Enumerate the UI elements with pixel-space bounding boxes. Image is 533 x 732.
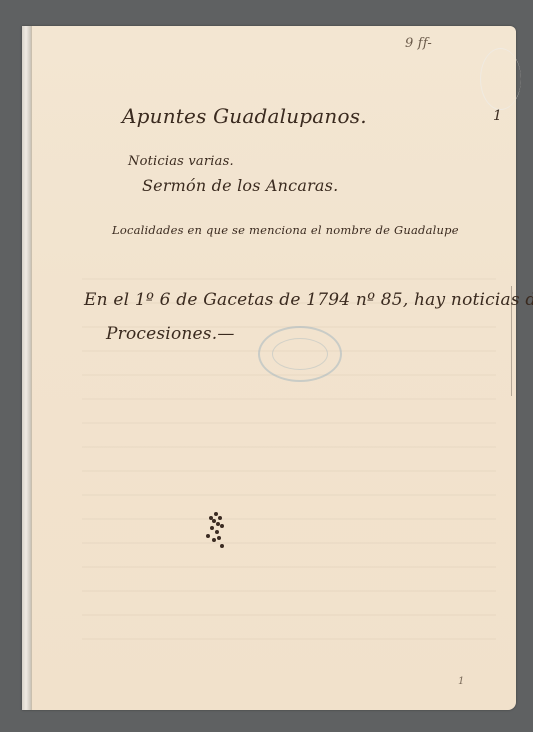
page-number: 1 bbox=[458, 676, 465, 687]
text-line-1: Noticias varias. bbox=[128, 154, 234, 169]
embossed-stamp bbox=[480, 48, 521, 110]
manuscript-page: 9 ff- Apuntes Guadalupanos. 1 Noticias v… bbox=[22, 26, 516, 710]
margin-mark: 1 bbox=[493, 108, 502, 124]
text-line-5: Procesiones.— bbox=[106, 324, 235, 344]
text-line-4: En el 1º 6 de Gacetas de 1794 nº 85, hay… bbox=[84, 290, 533, 310]
ink-stain bbox=[202, 508, 232, 548]
page-title: Apuntes Guadalupanos. bbox=[122, 104, 367, 128]
library-stamp-icon bbox=[258, 326, 342, 382]
text-line-2: Sermón de los Ancaras. bbox=[142, 176, 338, 195]
folio-number: 9 ff- bbox=[405, 36, 432, 51]
pencil-margin-line bbox=[511, 286, 512, 396]
binding-spine bbox=[22, 26, 32, 710]
text-line-3: Localidades en que se menciona el nombre… bbox=[112, 223, 459, 237]
ink-bleed-through bbox=[82, 256, 496, 656]
